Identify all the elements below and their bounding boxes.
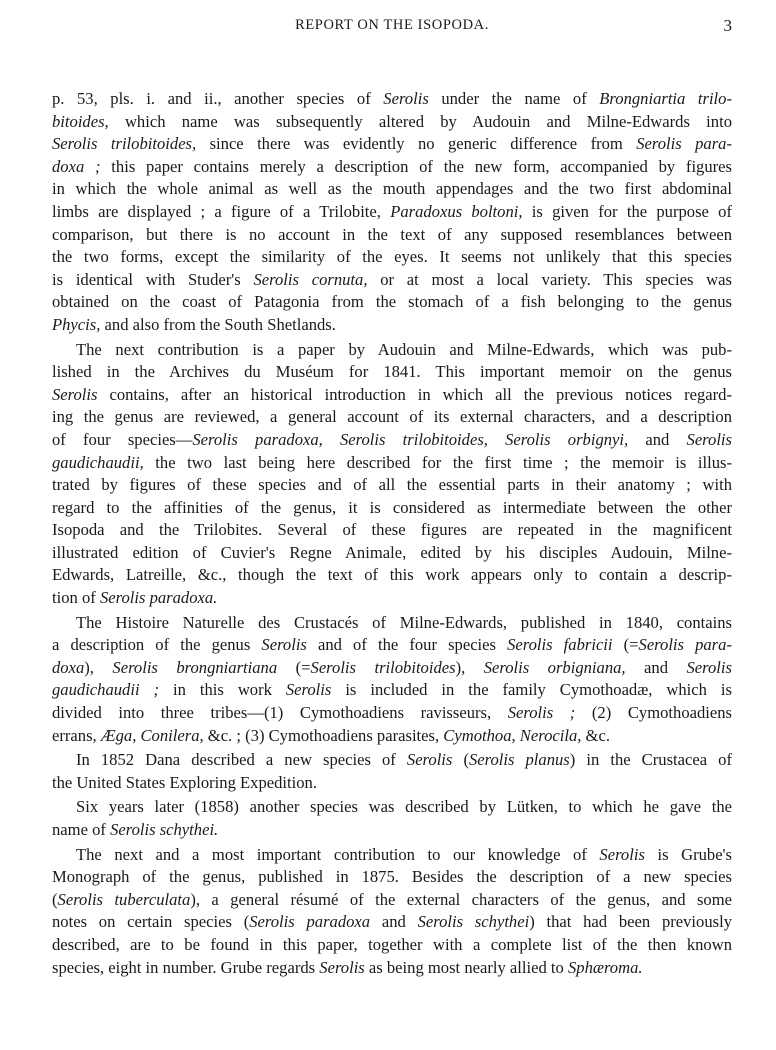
text-run: (2) Cymothoadiens xyxy=(575,703,732,722)
text-run: is given for the purpose of xyxy=(523,202,732,221)
text-run: errans, xyxy=(52,726,101,745)
text-run: ), xyxy=(456,658,484,677)
text-run: a description of the genus xyxy=(52,635,261,654)
text-line: in which the whole animal as well as the… xyxy=(52,178,732,201)
text-run: The next and a most important contributi… xyxy=(76,845,599,864)
italic-taxon: Serolis schythei. xyxy=(110,820,218,839)
italic-taxon: Æga, Conilera, xyxy=(101,726,204,745)
text-line: ing the genus are reviewed, a general ac… xyxy=(52,406,732,429)
italic-taxon: Serolis paradoxa. xyxy=(100,588,217,607)
paragraph: Six years later (1858) another species w… xyxy=(52,796,732,841)
text-run: trated by figures of these species and o… xyxy=(52,475,732,494)
text-run: since there was evidently no generic dif… xyxy=(196,134,636,153)
text-run: Edwards, Latreille, &c., though the text… xyxy=(52,565,732,584)
text-line: p. 53, pls. i. and ii., another species … xyxy=(52,88,732,111)
text-run: is included in the family Cymothoadæ, wh… xyxy=(331,680,732,699)
text-run: the United States Exploring Expedition. xyxy=(52,773,317,792)
italic-taxon: Serolis planus xyxy=(469,750,570,769)
text-run: ), a general résumé of the external char… xyxy=(190,890,732,909)
text-line: is identical with Studer's Serolis cornu… xyxy=(52,269,732,292)
text-line: notes on certain species (Serolis parado… xyxy=(52,911,732,934)
text-run: of four species— xyxy=(52,430,192,449)
text-line: Phycis, and also from the South Shetland… xyxy=(52,314,732,337)
text-run: notes on certain species ( xyxy=(52,912,249,931)
italic-taxon: Sphæroma. xyxy=(568,958,643,977)
text-line: (Serolis tuberculata), a general résumé … xyxy=(52,889,732,912)
text-line: the United States Exploring Expedition. xyxy=(52,772,732,795)
italic-taxon: Serolis trilobitoides, xyxy=(52,134,196,153)
italic-taxon: Serolis xyxy=(52,385,97,404)
text-line: described, are to be found in this paper… xyxy=(52,934,732,957)
text-run: The Histoire Naturelle des Crustacés of … xyxy=(76,613,732,632)
text-line: bitoides, which name was subsequently al… xyxy=(52,111,732,134)
italic-taxon: doxa ; xyxy=(52,157,101,176)
text-run: as being most nearly allied to xyxy=(365,958,568,977)
text-line: gaudichaudii ; in this work Serolis is i… xyxy=(52,679,732,702)
text-run: and xyxy=(370,912,417,931)
text-run: the two forms, except the similarity of … xyxy=(52,247,732,266)
italic-taxon: doxa xyxy=(52,658,84,677)
text-run: and xyxy=(626,658,687,677)
italic-taxon: Serolis cornuta, xyxy=(253,270,367,289)
text-run: described, are to be found in this paper… xyxy=(52,935,732,954)
text-run: ) in the Crustacea of xyxy=(570,750,732,769)
italic-taxon: Serolis xyxy=(599,845,644,864)
text-line: regard to the affinities of the genus, i… xyxy=(52,497,732,520)
text-line: Monograph of the genus, published in 187… xyxy=(52,866,732,889)
italic-taxon: Paradoxus boltoni, xyxy=(390,202,522,221)
text-run: &c. xyxy=(581,726,610,745)
page-number: 3 xyxy=(724,16,733,36)
text-line: doxa ; this paper contains merely a desc… xyxy=(52,156,732,179)
text-run: and xyxy=(628,430,686,449)
italic-taxon: Serolis xyxy=(383,89,428,108)
text-line: Serolis trilobitoides, since there was e… xyxy=(52,133,732,156)
text-line: Six years later (1858) another species w… xyxy=(52,796,732,819)
text-run: in which the whole animal as well as the… xyxy=(52,179,732,198)
italic-taxon: Cymothoa, Nerocila, xyxy=(443,726,581,745)
text-line: a description of the genus Serolis and o… xyxy=(52,634,732,657)
paragraph: The next contribution is a paper by Audo… xyxy=(52,339,732,610)
text-line: name of Serolis schythei. xyxy=(52,819,732,842)
text-run: lished in the Archives du Muséum for 184… xyxy=(52,362,732,381)
text-run: illustrated edition of Cuvier's Regne An… xyxy=(52,543,732,562)
italic-taxon: Serolis xyxy=(407,750,452,769)
text-line: The next and a most important contributi… xyxy=(52,844,732,867)
text-run: The next contribution is a paper by Audo… xyxy=(76,340,732,359)
text-line: comparison, but there is no account in t… xyxy=(52,224,732,247)
italic-taxon: Serolis ; xyxy=(508,703,576,722)
text-run: under the name of xyxy=(429,89,600,108)
text-run: &c. ; (3) Cymothoadiens parasites, xyxy=(204,726,444,745)
italic-taxon: Serolis schythei xyxy=(418,912,530,931)
paragraph: The next and a most important contributi… xyxy=(52,844,732,980)
paragraph: The Histoire Naturelle des Crustacés of … xyxy=(52,612,732,748)
italic-taxon: Serolis para- xyxy=(639,635,732,654)
text-run: limbs are displayed ; a figure of a Tril… xyxy=(52,202,390,221)
text-line: trated by figures of these species and o… xyxy=(52,474,732,497)
text-run: In 1852 Dana described a new species of xyxy=(76,750,407,769)
italic-taxon: Serolis brongniartiana xyxy=(112,658,277,677)
text-run: Six years later (1858) another species w… xyxy=(76,797,732,816)
text-line: the two forms, except the similarity of … xyxy=(52,246,732,269)
text-run: species, eight in number. Grube regards xyxy=(52,958,319,977)
text-run: Monograph of the genus, published in 187… xyxy=(52,867,732,886)
italic-taxon: Serolis xyxy=(687,430,732,449)
text-run: is identical with Studer's xyxy=(52,270,253,289)
italic-taxon: gaudichaudii, xyxy=(52,453,144,472)
text-run: and of the four species xyxy=(307,635,507,654)
italic-taxon: Serolis xyxy=(686,658,731,677)
text-run: or at most a local variety. This species… xyxy=(367,270,732,289)
italic-taxon: Serolis xyxy=(319,958,364,977)
body-text: p. 53, pls. i. and ii., another species … xyxy=(52,88,732,979)
text-line: Isopoda and the Trilobites. Several of t… xyxy=(52,519,732,542)
text-run: is Grube's xyxy=(645,845,732,864)
text-run: ing the genus are reviewed, a general ac… xyxy=(52,407,732,426)
text-run: obtained on the coast of Patagonia from … xyxy=(52,292,732,311)
text-line: species, eight in number. Grube regards … xyxy=(52,957,732,980)
italic-taxon: Serolis trilobitoides xyxy=(311,658,456,677)
italic-taxon: Serolis para- xyxy=(636,134,732,153)
text-run: in this work xyxy=(159,680,286,699)
text-run: p. 53, pls. i. and ii., another species … xyxy=(52,89,383,108)
text-run: this paper contains merely a description… xyxy=(101,157,732,176)
text-line: obtained on the coast of Patagonia from … xyxy=(52,291,732,314)
paragraph: p. 53, pls. i. and ii., another species … xyxy=(52,88,732,337)
text-line: The Histoire Naturelle des Crustacés of … xyxy=(52,612,732,635)
text-run: ( xyxy=(452,750,469,769)
text-line: illustrated edition of Cuvier's Regne An… xyxy=(52,542,732,565)
text-run: (= xyxy=(277,658,310,677)
text-run: regard to the affinities of the genus, i… xyxy=(52,498,732,517)
italic-taxon: Serolis fabricii xyxy=(507,635,612,654)
italic-taxon: Brongniartia trilo- xyxy=(599,89,732,108)
text-line: Edwards, Latreille, &c., though the text… xyxy=(52,564,732,587)
text-line: of four species—Serolis paradoxa, Seroli… xyxy=(52,429,732,452)
italic-taxon: Serolis orbigniana, xyxy=(484,658,626,677)
text-run: tion of xyxy=(52,588,100,607)
italic-taxon: Serolis tuberculata xyxy=(58,890,191,909)
text-line: errans, Æga, Conilera, &c. ; (3) Cymotho… xyxy=(52,725,732,748)
paragraph: In 1852 Dana described a new species of … xyxy=(52,749,732,794)
text-run: which name was subsequently altered by A… xyxy=(109,112,732,131)
text-run: name of xyxy=(52,820,110,839)
text-line: tion of Serolis paradoxa. xyxy=(52,587,732,610)
text-run: comparison, but there is no account in t… xyxy=(52,225,732,244)
italic-taxon: gaudichaudii ; xyxy=(52,680,159,699)
text-run: (= xyxy=(613,635,639,654)
italic-taxon: Serolis xyxy=(286,680,331,699)
italic-taxon: Serolis paradoxa xyxy=(249,912,370,931)
text-line: limbs are displayed ; a figure of a Tril… xyxy=(52,201,732,224)
text-run: ), xyxy=(84,658,112,677)
italic-taxon: bitoides, xyxy=(52,112,109,131)
italic-taxon: Serolis paradoxa, Serolis trilobitoides,… xyxy=(192,430,628,449)
text-run: Isopoda and the Trilobites. Several of t… xyxy=(52,520,732,539)
text-line: doxa), Serolis brongniartiana (=Serolis … xyxy=(52,657,732,680)
running-header: REPORT ON THE ISOPODA. 3 xyxy=(52,17,732,39)
text-run: divided into three tribes—(1) Cymothoadi… xyxy=(52,703,508,722)
italic-taxon: Serolis xyxy=(261,635,306,654)
text-line: gaudichaudii, the two last being here de… xyxy=(52,452,732,475)
text-run: ) that had been previously xyxy=(529,912,732,931)
running-title: REPORT ON THE ISOPODA. xyxy=(52,17,732,34)
text-run: and also from the South Shetlands. xyxy=(100,315,336,334)
text-line: In 1852 Dana described a new species of … xyxy=(52,749,732,772)
text-run: the two last being here described for th… xyxy=(144,453,732,472)
text-line: lished in the Archives du Muséum for 184… xyxy=(52,361,732,384)
text-line: divided into three tribes—(1) Cymothoadi… xyxy=(52,702,732,725)
italic-taxon: Phycis, xyxy=(52,315,100,334)
text-line: The next contribution is a paper by Audo… xyxy=(52,339,732,362)
text-line: Serolis contains, after an historical in… xyxy=(52,384,732,407)
text-run: contains, after an historical introducti… xyxy=(97,385,732,404)
